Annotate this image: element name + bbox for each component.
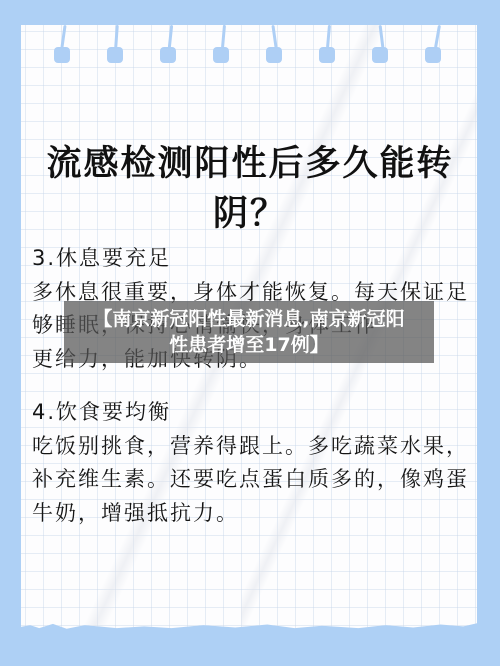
section-diet: 4.饮食要均衡 吃饭别挑食，营养得跟上。多吃蔬菜水果， 补充维生素。还要吃点蛋白… — [32, 396, 472, 530]
section-body-line: 牛奶，增强抵抗力。 — [32, 497, 472, 531]
binding-tab-icon — [213, 47, 229, 63]
binding-tab-icon — [107, 47, 123, 63]
section-heading: 4.饮食要均衡 — [32, 396, 472, 430]
binding-tab-icon — [425, 47, 441, 63]
binding-tab-icon — [160, 47, 176, 63]
binding-tab-icon — [266, 47, 282, 63]
binding-tab-icon — [54, 47, 70, 63]
banner-line1: 【南京新冠阳性最新消息,南京新冠阳 — [93, 306, 404, 332]
overlay-caption-banner: 【南京新冠阳性最新消息,南京新冠阳 性患者增至17例】 — [64, 301, 434, 363]
article-title-line1: 流感检测阳性后多久能转 — [26, 136, 474, 186]
section-body-line: 补充维生素。还要吃点蛋白质多的，像鸡蛋 — [32, 463, 472, 497]
section-body-line: 吃饭别挑食，营养得跟上。多吃蔬菜水果， — [32, 430, 472, 464]
banner-line2: 性患者增至17例】 — [169, 332, 328, 358]
section-heading: 3.休息要充足 — [32, 242, 472, 276]
article-title-line2: 阴？ — [26, 186, 474, 236]
binding-tab-icon — [319, 47, 335, 63]
binding-tab-icon — [372, 47, 388, 63]
